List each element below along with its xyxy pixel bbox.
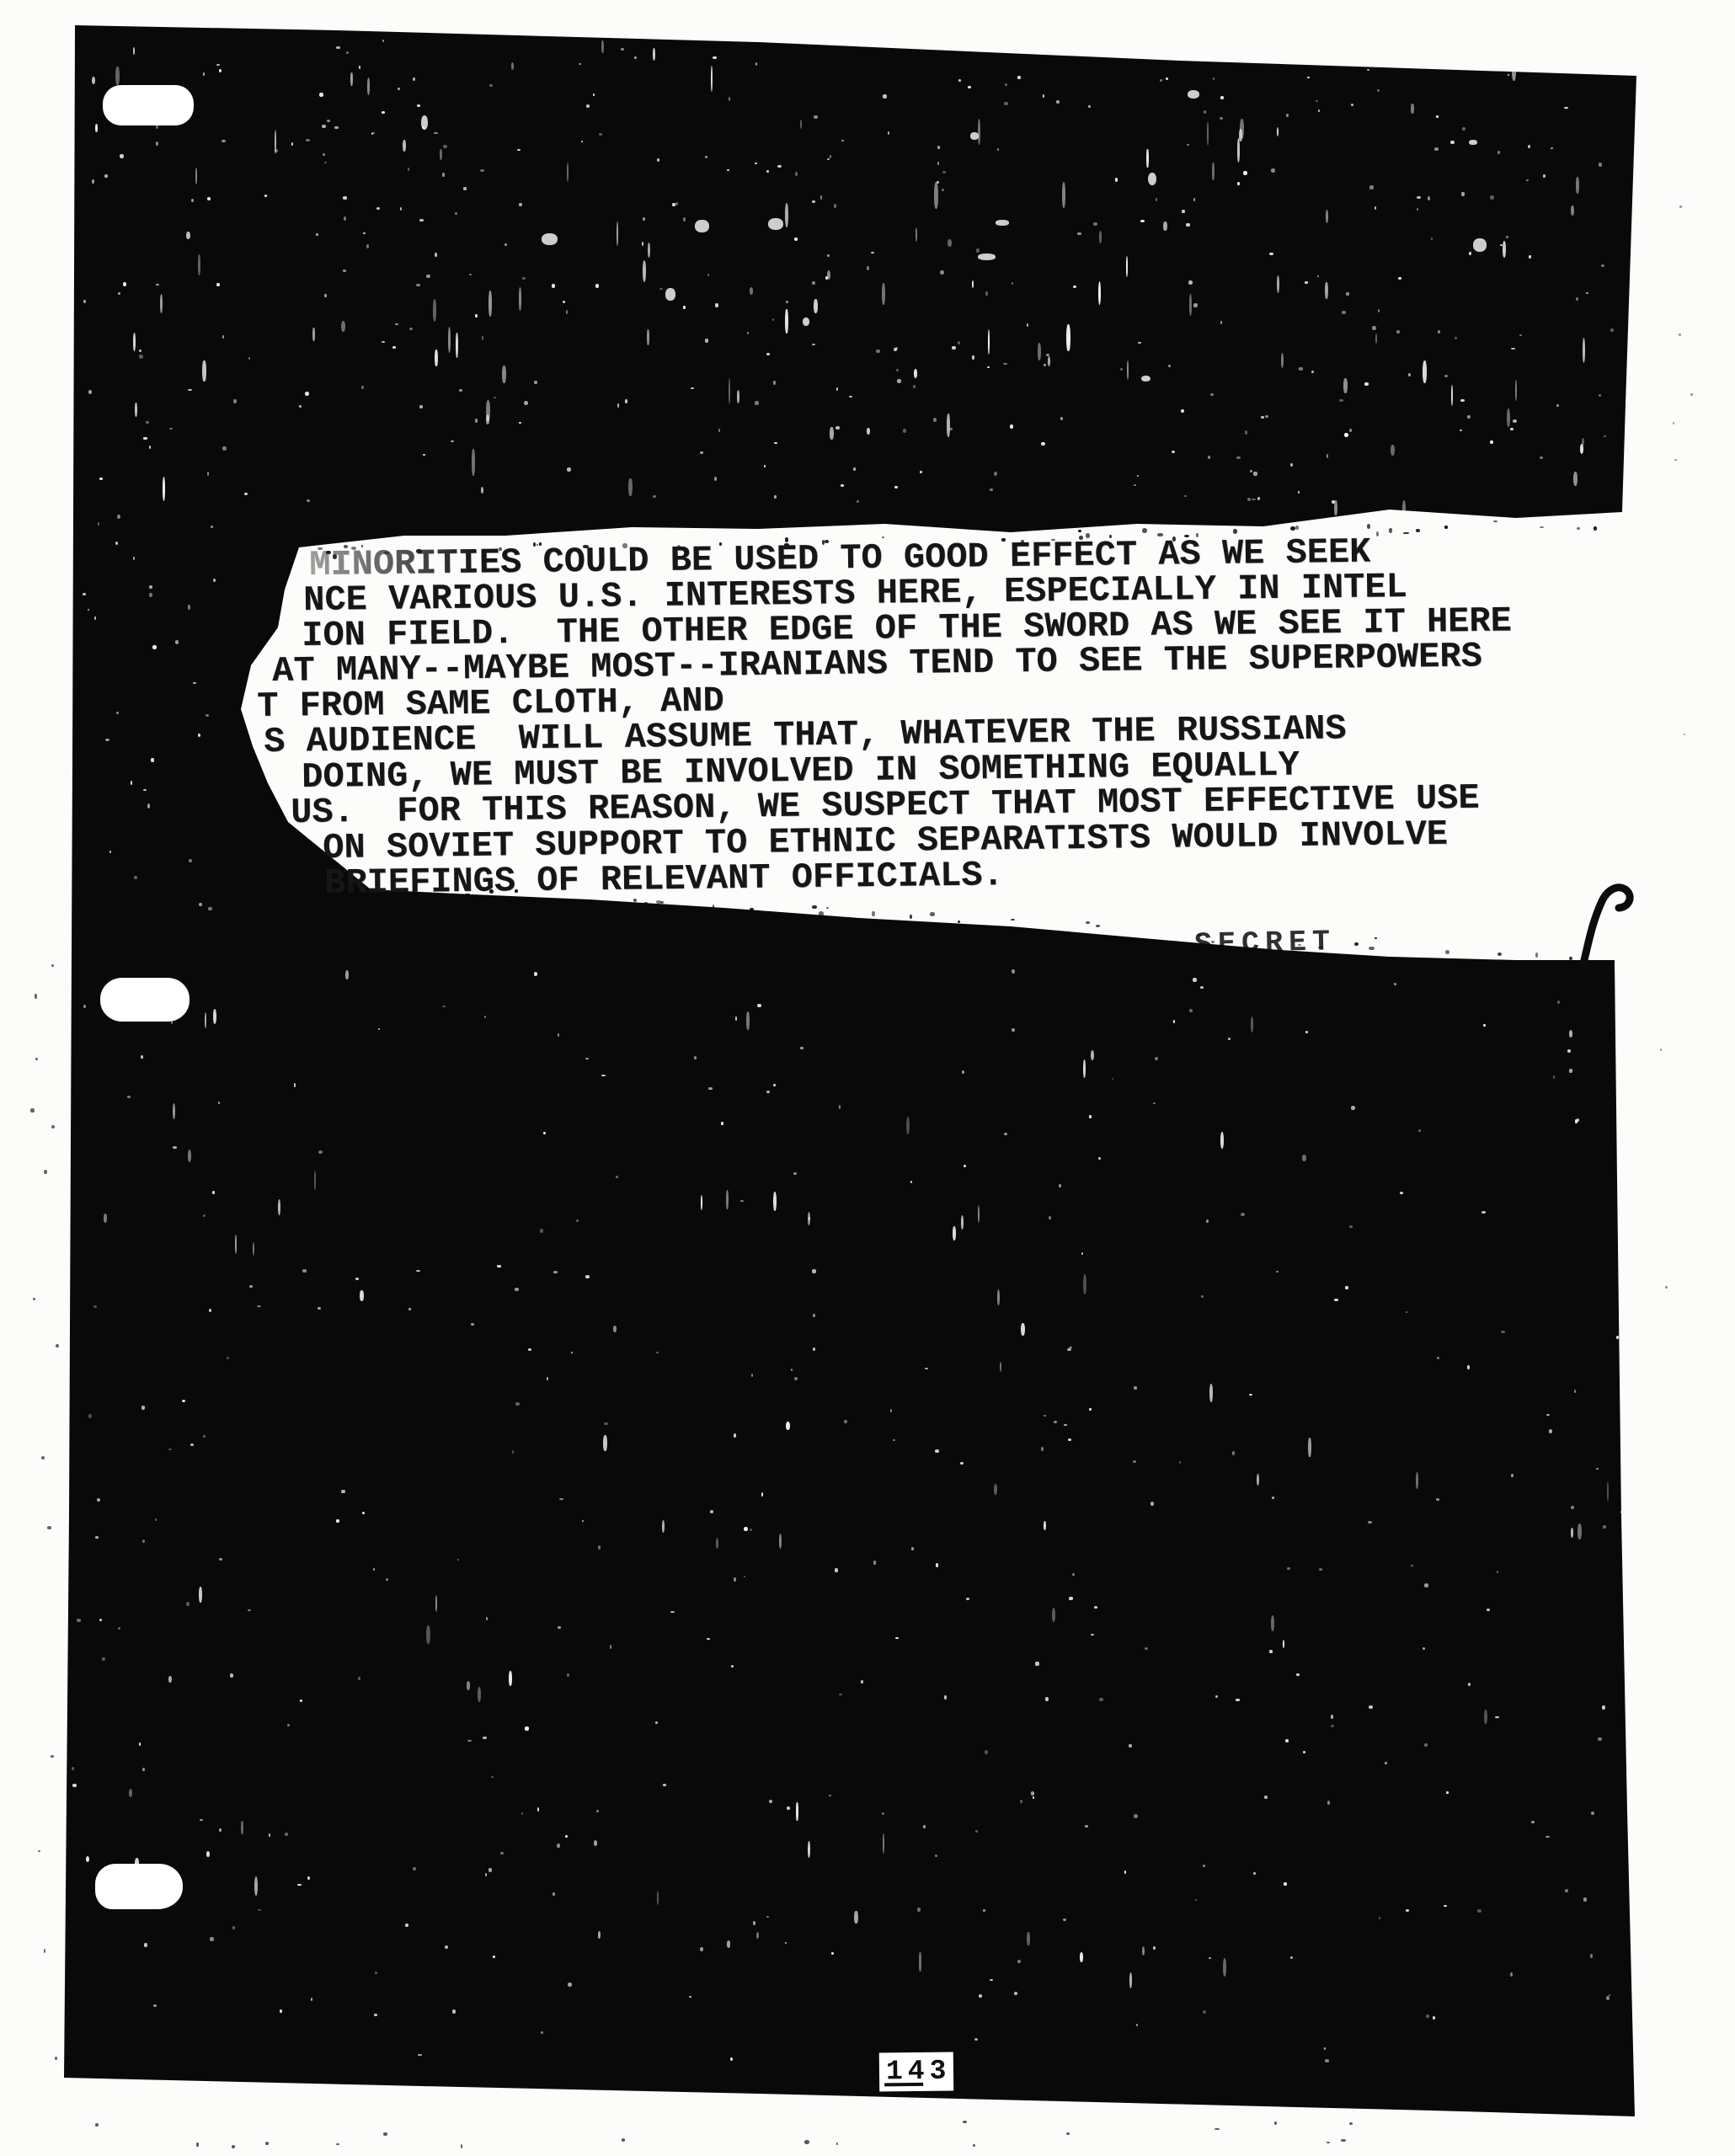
noise-speck [547,1377,548,1380]
noise-speck [1210,393,1214,396]
noise-speck [1601,264,1605,267]
noise-speck [936,1563,937,1566]
noise-speck [1326,210,1328,223]
noise-speck [134,876,137,880]
noise-speck [1307,77,1311,78]
noise-speck [190,1444,194,1446]
noise-speck [116,712,119,714]
noise-speck [1067,1348,1071,1352]
noise-speck [857,500,858,503]
noise-speck [77,1619,81,1622]
noise-speck [248,357,250,360]
noise-speck [1317,275,1319,277]
noise-speck [127,1096,131,1097]
noise-speck [1014,1992,1017,1995]
noise-speck [1276,1271,1279,1273]
noise-speck [836,2143,838,2145]
noise-speck [913,385,916,388]
noise-speck [1098,1157,1101,1161]
noise-speck [988,329,990,355]
noise-speck [557,1844,560,1847]
noise-speck [1528,145,1530,148]
noise-speck [1129,1972,1132,1988]
noise-speck [604,1422,608,1425]
noise-speck [808,1212,810,1225]
noise-speck [92,179,94,184]
noise-speck [287,1724,290,1726]
noise-speck [1005,83,1007,86]
noise-speck [1423,1647,1425,1650]
noise-speck [785,1942,787,1944]
noise-speck [144,1943,147,1946]
noise-speck [1578,1524,1582,1540]
noise-speck [500,1852,504,1854]
noise-speck [1327,2142,1330,2143]
noise-speck [95,1536,99,1539]
noise-speck [1468,1683,1471,1686]
noise-speck [1277,127,1279,136]
noise-speck [30,1108,34,1113]
noise-speck [920,471,922,473]
noise-speck [670,1611,675,1613]
noise-speck [509,1671,512,1686]
noise-speck [1193,303,1198,307]
noise-speck [1012,969,1015,974]
noise-speck [599,133,602,136]
noise-speck [996,220,1008,226]
noise-speck [202,360,206,382]
noise-speck [729,378,730,404]
noise-speck [203,1214,206,1218]
noise-speck [280,2009,282,2013]
noise-speck [1603,1525,1606,1529]
noise-speck [942,189,944,191]
noise-speck [774,442,777,444]
noise-speck [1252,499,1256,500]
noise-speck [51,964,54,967]
noise-speck [153,2004,156,2007]
noise-speck [118,292,120,295]
noise-speck [1081,1252,1083,1255]
noise-speck [779,1534,782,1549]
noise-speck [1334,1299,1338,1301]
noise-speck [1272,1497,1274,1499]
noise-speck [812,905,817,908]
noise-speck [1556,404,1559,407]
noise-speck [1203,1865,1205,1867]
noise-speck [471,1323,474,1325]
noise-speck [1594,526,1597,531]
noise-speck [457,1559,459,1561]
noise-speck [1206,1219,1209,1223]
noise-speck [773,381,776,384]
noise-speck [942,171,946,173]
noise-speck [1184,495,1187,497]
noise-speck [740,1200,744,1202]
noise-speck [1526,179,1529,182]
noise-speck [1077,232,1081,235]
noise-speck [1444,526,1448,529]
noise-speck [416,284,419,286]
noise-speck [812,344,816,345]
noise-speck [1303,1751,1305,1753]
noise-speck [755,401,759,404]
noise-speck [962,1070,964,1074]
noise-speck [1571,205,1574,216]
noise-speck [35,1058,38,1060]
noise-speck [1126,256,1129,277]
noise-speck [746,1011,750,1031]
noise-speck [796,1802,798,1821]
noise-speck [435,350,438,366]
noise-speck [642,242,643,246]
noise-speck [906,1117,910,1134]
noise-speck [456,333,458,358]
noise-speck [1369,65,1374,67]
noise-speck [960,1462,964,1465]
noise-speck [1138,342,1140,344]
noise-speck [443,145,447,148]
noise-speck [1605,47,1609,49]
noise-speck [1253,472,1257,476]
noise-speck [1417,196,1421,199]
noise-speck [452,2009,456,2014]
noise-speck [345,970,349,979]
noise-speck [188,389,192,391]
noise-speck [343,269,346,271]
noise-speck [707,1638,710,1640]
noise-speck [586,104,590,108]
noise-speck [716,1538,718,1549]
noise-speck [1290,526,1295,531]
noise-speck [1179,1461,1182,1465]
noise-speck [1580,444,1584,454]
noise-speck [155,1518,157,1521]
noise-speck [1012,282,1013,284]
noise-speck [1311,40,1314,41]
noise-speck [541,2031,542,2035]
noise-speck [978,119,980,145]
noise-speck [1416,1472,1418,1489]
noise-speck [341,1490,344,1493]
noise-speck [1434,147,1439,151]
noise-speck [1240,119,1244,140]
noise-speck [563,301,565,303]
noise-speck [173,1103,175,1119]
noise-speck [1287,1567,1290,1571]
noise-speck [366,244,369,248]
noise-speck [643,217,645,220]
noise-speck [1411,104,1413,114]
noise-speck [168,1449,172,1450]
noise-speck [1586,292,1588,294]
noise-speck [316,233,318,236]
noise-speck [1674,459,1677,461]
noise-speck [713,56,716,59]
noise-speck [467,1740,471,1742]
noise-speck [958,79,961,82]
noise-speck [1495,1716,1499,1718]
noise-speck [206,714,209,718]
noise-speck [1241,1213,1245,1216]
noise-speck [1220,1132,1224,1149]
noise-speck [322,125,326,128]
noise-speck [413,77,415,81]
noise-speck [1311,371,1313,374]
noise-speck [1490,195,1494,199]
noise-speck [849,396,852,398]
noise-speck [552,284,556,287]
noise-speck [793,1172,797,1175]
noise-speck [265,2142,269,2145]
noise-speck [1089,1408,1092,1411]
noise-speck [755,62,757,66]
noise-speck [813,1314,815,1316]
noise-speck [1031,1791,1034,1796]
noise-speck [1546,1414,1550,1417]
noise-speck [216,283,220,287]
typed-line: BRIEFINGS OF RELEVANT OFFICIALS. [324,857,1004,901]
noise-speck [537,1807,539,1812]
pen-mark [1560,861,1644,970]
noise-speck [1483,1024,1485,1027]
noise-speck [1094,1606,1098,1608]
noise-speck [1400,1192,1404,1194]
noise-speck [1351,1106,1355,1110]
noise-speck [804,2140,809,2144]
noise-speck [757,1004,761,1008]
noise-speck [731,1665,734,1668]
noise-speck [398,88,401,90]
noise-speck [1124,1870,1126,1874]
noise-speck [695,220,709,232]
noise-speck [109,851,111,852]
noise-speck [336,2143,339,2145]
noise-speck [987,366,990,368]
noise-speck [435,1595,437,1611]
noise-speck [408,168,410,171]
noise-speck [418,2054,422,2056]
noise-speck [209,1309,211,1312]
noise-speck [435,253,437,257]
noise-speck [596,1810,599,1812]
noise-speck [1044,1415,1046,1417]
noise-speck [972,355,974,360]
noise-speck [1598,1737,1602,1741]
noise-speck [1327,454,1328,457]
noise-speck [841,140,844,141]
noise-speck [175,640,179,644]
noise-speck [455,212,458,215]
noise-speck [481,487,484,494]
noise-speck [1351,104,1353,106]
noise-speck [657,158,659,162]
noise-speck [715,303,718,307]
noise-speck [1513,419,1517,423]
noise-speck [994,472,997,476]
noise-speck [803,318,809,326]
noise-speck [1166,77,1168,81]
noise-speck [1027,323,1028,328]
noise-speck [1367,69,1369,72]
noise-speck [378,1028,380,1030]
noise-speck [1137,475,1139,477]
noise-speck [1673,422,1674,424]
noise-speck [773,1084,776,1086]
noise-speck [382,111,385,114]
noise-speck [346,51,350,54]
noise-speck [663,1784,666,1786]
noise-speck [461,2144,462,2148]
noise-speck [1155,1057,1158,1060]
noise-speck [1305,281,1308,283]
noise-speck [559,1498,563,1500]
noise-speck [133,557,135,560]
noise-speck [882,283,885,305]
noise-speck [1467,415,1471,419]
noise-speck [558,1626,561,1630]
noise-speck [972,280,974,288]
noise-speck [985,1750,988,1754]
noise-speck [334,126,338,129]
noise-speck [1467,1365,1470,1369]
noise-speck [478,1687,481,1702]
noise-speck [186,232,190,239]
noise-speck [486,1617,488,1621]
noise-speck [147,803,150,808]
noise-speck [1212,163,1214,180]
noise-speck [1389,528,1392,532]
noise-speck [95,2123,99,2127]
noise-speck [1665,1286,1667,1289]
noise-speck [734,1433,736,1438]
noise-speck [494,397,495,399]
noise-speck [525,1726,528,1730]
noise-speck [726,1190,729,1209]
noise-speck [33,1298,35,1300]
noise-speck [766,1916,769,1918]
noise-speck [1398,277,1402,280]
noise-speck [634,56,637,58]
noise-speck [160,294,163,313]
noise-speck [814,299,818,313]
noise-speck [718,429,721,432]
noise-speck [392,346,395,349]
noise-speck [940,270,944,275]
noise-speck [1599,163,1603,166]
noise-speck [1511,348,1515,350]
noise-speck [795,172,798,176]
noise-speck [1281,353,1284,369]
noise-speck [1000,1362,1001,1372]
noise-speck [493,1956,494,1958]
noise-speck [1375,334,1377,344]
noise-speck [952,346,956,350]
noise-speck [1264,1796,1268,1799]
noise-speck [1575,1119,1578,1123]
noise-speck [1011,919,1015,921]
noise-speck [747,332,750,335]
noise-speck [1220,96,1224,99]
noise-speck [442,1006,446,1007]
noise-speck [751,1374,753,1377]
noise-speck [488,1868,492,1872]
noise-speck [504,243,506,246]
noise-speck [648,243,650,258]
noise-speck [51,1755,54,1758]
noise-speck [1331,1725,1334,1727]
noise-speck [970,132,979,140]
noise-speck [484,1016,487,1018]
noise-speck [826,907,829,909]
noise-speck [1153,1102,1156,1104]
noise-speck [1599,394,1601,397]
noise-speck [601,1075,606,1076]
noise-speck [44,1949,45,1953]
noise-speck [152,645,157,649]
noise-speck [1193,198,1195,201]
noise-speck [973,2144,975,2146]
noise-speck [1269,1650,1273,1653]
noise-speck [512,1450,514,1454]
noise-speck [1093,222,1097,227]
noise-speck [1305,1031,1309,1033]
noise-speck [488,291,492,318]
noise-speck [169,428,172,430]
noise-speck [502,366,506,383]
noise-speck [831,1952,834,1955]
noise-speck [483,1737,487,1739]
noise-speck [1417,208,1419,210]
noise-speck [1063,1919,1066,1921]
noise-speck [1606,1996,1610,1999]
noise-speck [230,1673,233,1678]
noise-speck [1437,1357,1439,1360]
noise-speck [756,1932,759,1938]
noise-speck [1604,435,1606,438]
noise-speck [883,1833,884,1854]
noise-speck [1189,1009,1193,1012]
noise-speck [871,252,875,253]
noise-speck [227,1357,229,1359]
noise-speck [1286,114,1288,118]
noise-speck [774,495,777,499]
noise-speck [1484,1710,1487,1724]
noise-speck [200,1819,203,1821]
noise-speck [1237,138,1241,163]
noise-speck [1033,1796,1034,1799]
noise-speck [146,421,149,424]
noise-speck [534,972,537,976]
noise-speck [1469,140,1476,145]
noise-speck [336,46,339,49]
noise-speck [1027,1932,1030,1945]
noise-speck [598,1931,601,1939]
noise-speck [123,282,126,286]
noise-speck [978,253,996,260]
noise-speck [937,162,939,165]
noise-speck [413,1867,416,1870]
noise-speck [601,40,603,53]
noise-speck [1396,330,1400,334]
noise-speck [1208,456,1210,459]
noise-speck [521,1812,523,1815]
noise-speck [1540,456,1544,459]
noise-speck [511,62,514,70]
noise-speck [1308,1438,1311,1457]
noise-speck [253,1242,254,1257]
noise-speck [1423,360,1427,383]
